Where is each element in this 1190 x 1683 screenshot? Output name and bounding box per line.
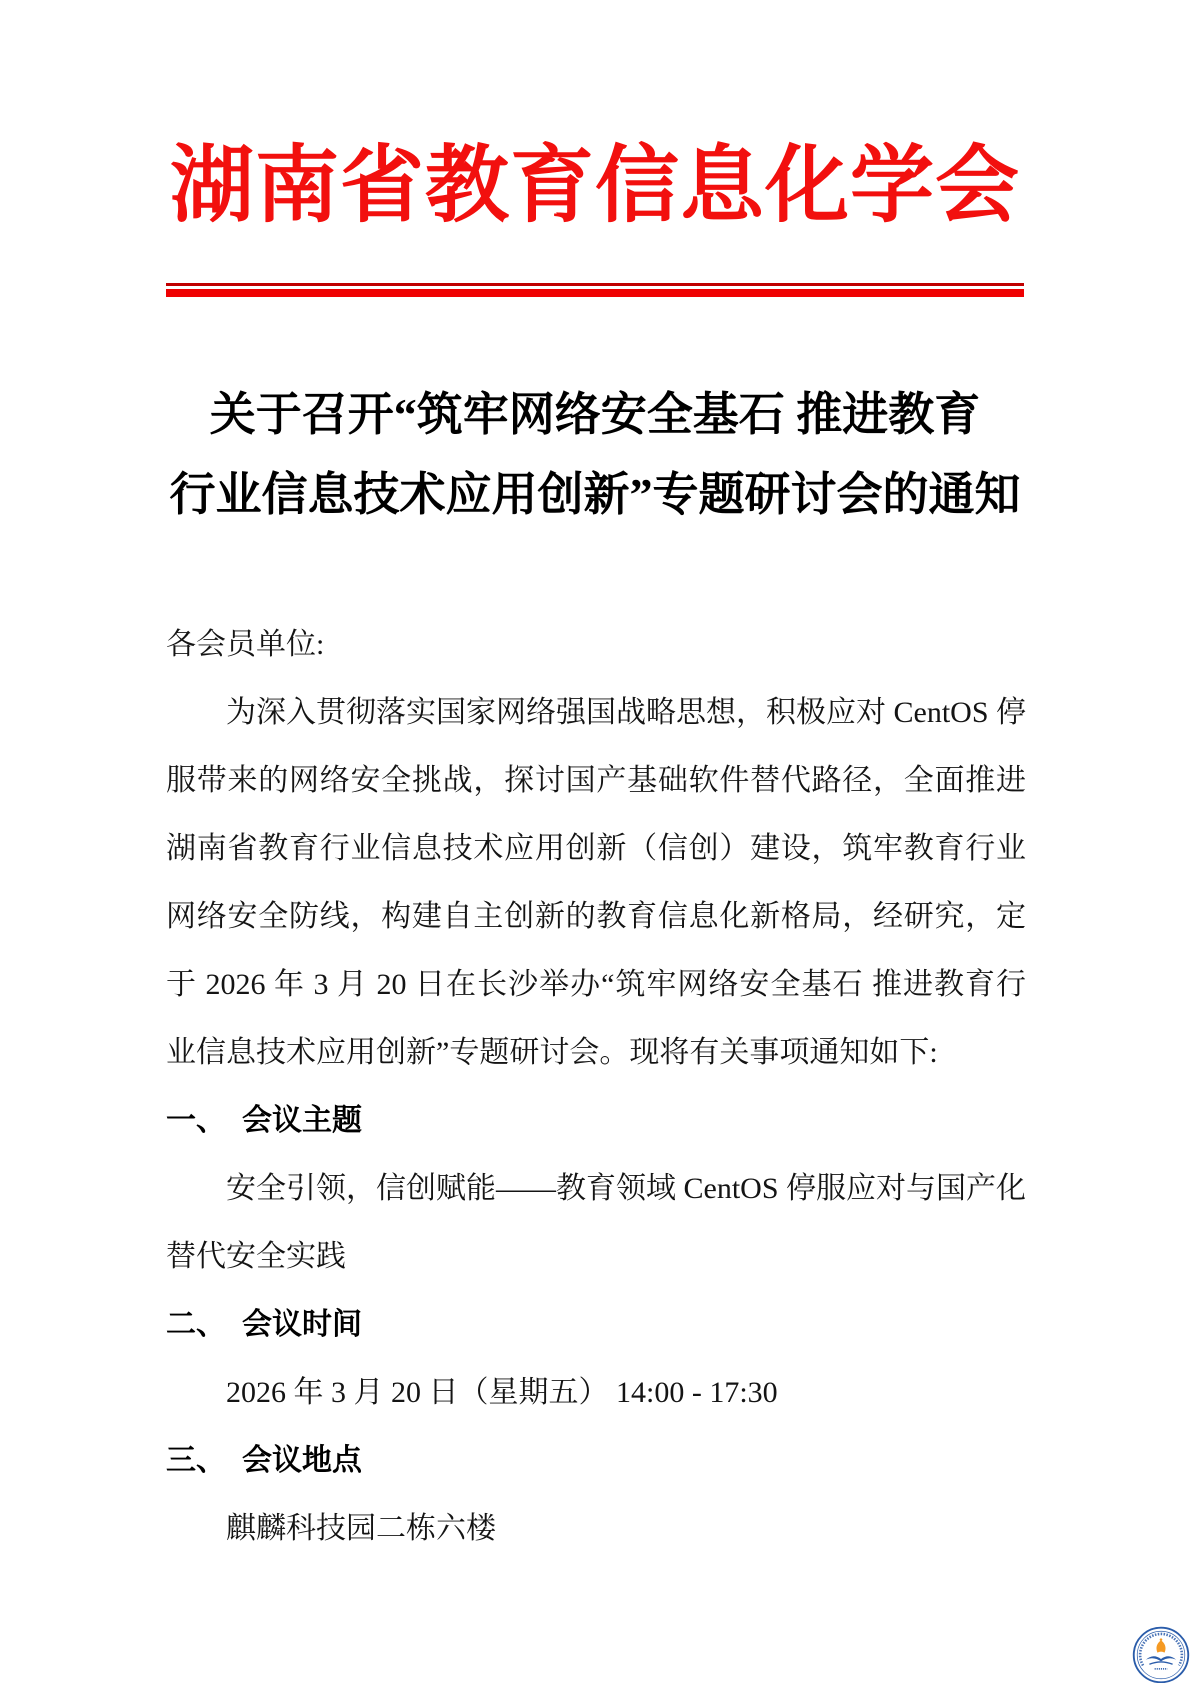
society-seal-icon xyxy=(1132,1626,1190,1683)
section-2-content: 2026 年 3 月 20 日（星期五） 14:00 - 17:30 xyxy=(166,1359,1026,1427)
document-body: 各会员单位: 为深入贯彻落实国家网络强国战略思想，积极应对 CentOS 停服带… xyxy=(166,611,1026,1563)
section-3-number: 三、 xyxy=(166,1444,226,1477)
section-2-title: 会议时间 xyxy=(242,1308,362,1341)
document-title: 关于召开“筑牢网络安全基石 推进教育 行业信息技术应用创新”专题研讨会的通知 xyxy=(115,375,1075,535)
salutation: 各会员单位: xyxy=(166,611,1026,679)
section-2-number: 二、 xyxy=(166,1308,226,1341)
society-seal-graphic xyxy=(1132,1626,1190,1683)
section-3-content: 麒麟科技园二栋六楼 xyxy=(166,1495,1026,1563)
section-1-number: 一、 xyxy=(166,1104,226,1137)
document-title-line-2: 行业信息技术应用创新”专题研讨会的通知 xyxy=(115,455,1075,535)
header-double-rule xyxy=(166,283,1024,297)
rule-thick-line xyxy=(166,289,1024,297)
section-1-heading: 一、会议主题 xyxy=(166,1087,1026,1155)
section-1-content: 安全引领，信创赋能——教育领域 CentOS 停服应对与国产化替代安全实践 xyxy=(166,1155,1026,1291)
intro-paragraph: 为深入贯彻落实国家网络强国战略思想，积极应对 CentOS 停服带来的网络安全挑… xyxy=(166,679,1026,1087)
section-3-heading: 三、会议地点 xyxy=(166,1427,1026,1495)
document-title-line-1: 关于召开“筑牢网络安全基石 推进教育 xyxy=(115,375,1075,455)
section-1-title: 会议主题 xyxy=(242,1104,362,1137)
section-2-heading: 二、会议时间 xyxy=(166,1291,1026,1359)
notice-document-page: 湖南省教育信息化学会 关于召开“筑牢网络安全基石 推进教育 行业信息技术应用创新… xyxy=(0,0,1190,1683)
section-3-title: 会议地点 xyxy=(242,1444,362,1477)
organization-title: 湖南省教育信息化学会 xyxy=(0,140,1190,231)
